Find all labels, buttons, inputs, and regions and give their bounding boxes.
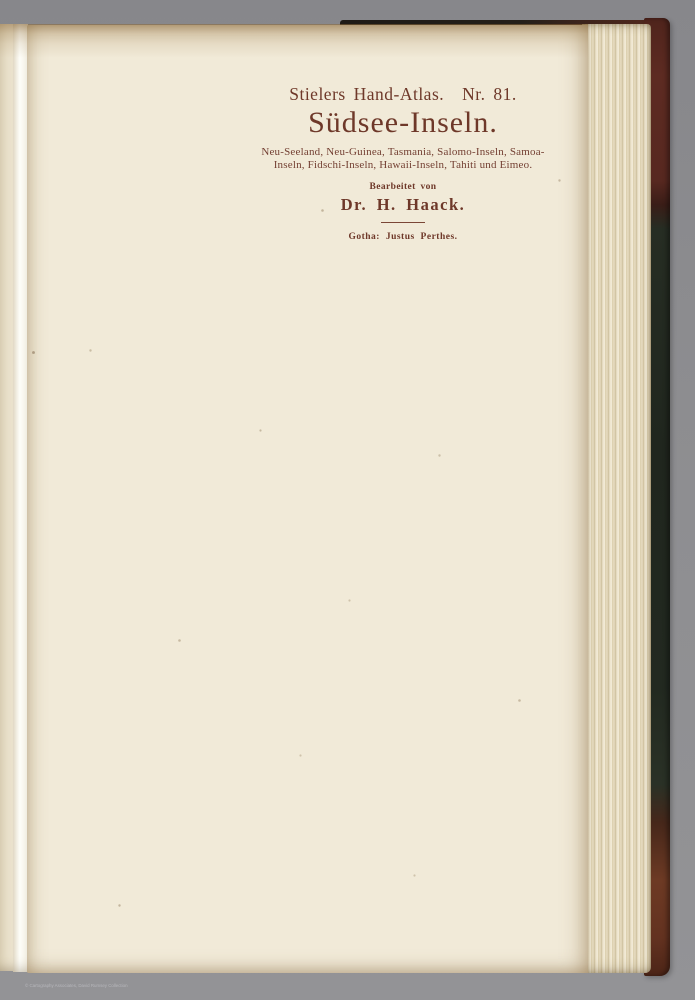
subtitle-line-1: Neu-Seeland, Neu-Guinea, Tasmania, Salom… (227, 146, 579, 159)
byline-label: Bearbeitet von (227, 182, 579, 193)
imprint: Gotha: Justus Perthes. (227, 232, 579, 243)
subtitle-line-2: Inseln, Fidschi-Inseln, Hawaii-Inseln, T… (227, 159, 579, 172)
watermark-caption: © Cartography Associates, David Rumsey C… (25, 983, 128, 988)
divider-rule (381, 222, 425, 223)
series-line: Stielers Hand-Atlas.Nr. 81. (227, 84, 579, 104)
author-name: Dr. H. Haack. (227, 195, 579, 214)
photo-backdrop: { "page": { "series_title": "Stielers Ha… (0, 0, 695, 1000)
facing-page-sliver (0, 24, 14, 971)
series-title: Stielers Hand-Atlas. (289, 84, 444, 104)
title-block: Stielers Hand-Atlas.Nr. 81. Südsee-Insel… (227, 84, 579, 243)
page-stack-fore-edge (582, 24, 651, 973)
gutter-highlight (13, 24, 28, 972)
page-title: Südsee-Inseln. (227, 107, 579, 139)
plate-number: Nr. 81. (462, 84, 517, 104)
